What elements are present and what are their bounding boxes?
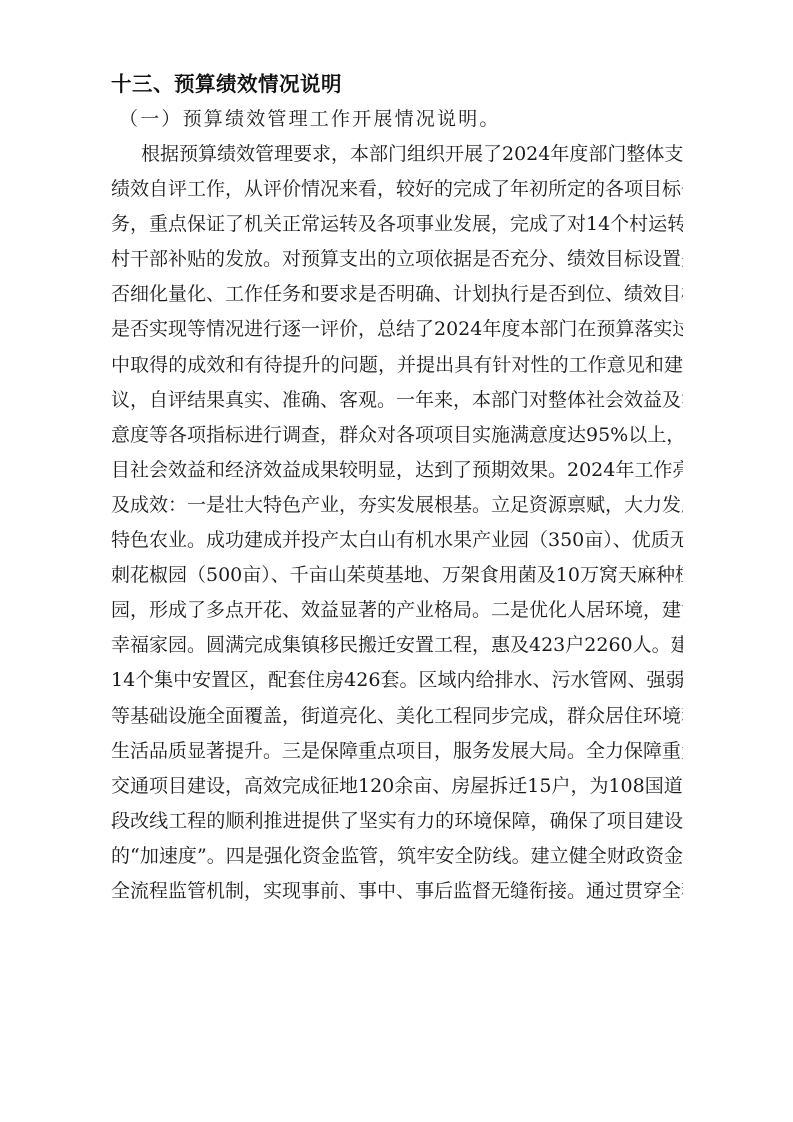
body-paragraph: 根据预算绩效管理要求，本部门组织开展了2024年度部门整体支出 绩效自评工作，从… bbox=[111, 137, 683, 909]
paragraph-line: 绩效自评工作，从评价情况来看，较好的完成了年初所定的各项目标任 bbox=[111, 172, 683, 207]
paragraph-line: 全流程监管机制，实现事前、事中、事后监督无缝衔接。通过贯穿全程 bbox=[111, 874, 683, 909]
paragraph-line: 交通项目建设，高效完成征地120余亩、房屋拆迁15户，为108国道金水 bbox=[111, 769, 683, 804]
paragraph-line: 目社会效益和经济效益成果较明显，达到了预期效果。2024年工作亮点 bbox=[111, 453, 683, 488]
section-heading: 十三、预算绩效情况说明 bbox=[111, 66, 683, 102]
paragraph-line: 是否实现等情况进行逐一评价，总结了2024年度本部门在预算落实过程 bbox=[111, 312, 683, 347]
paragraph-line: 段改线工程的顺利推进提供了坚实有力的环境保障，确保了项目建设 bbox=[111, 804, 683, 839]
paragraph-line: 中取得的成效和有待提升的问题，并提出具有针对性的工作意见和建 bbox=[111, 348, 683, 383]
paragraph-line: 等基础设施全面覆盖，街道亮化、美化工程同步完成，群众居住环境和 bbox=[111, 699, 683, 734]
paragraph-line: 14个集中安置区，配套住房426套。区域内给排水、污水管网、强弱电 bbox=[111, 663, 683, 698]
paragraph-line: 否细化量化、工作任务和要求是否明确、计划执行是否到位、绩效目标 bbox=[111, 277, 683, 312]
paragraph-line: 生活品质显著提升。三是保障重点项目，服务发展大局。全力保障重大 bbox=[111, 734, 683, 769]
document-page: 十三、预算绩效情况说明 （一）预算绩效管理工作开展情况说明。 根据预算绩效管理要… bbox=[0, 0, 793, 1122]
paragraph-line: 的“加速度”。四是强化资金监管，筑牢安全防线。建立健全财政资金 bbox=[111, 839, 683, 874]
document-body: 十三、预算绩效情况说明 （一）预算绩效管理工作开展情况说明。 根据预算绩效管理要… bbox=[111, 66, 683, 909]
paragraph-line: 幸福家园。圆满完成集镇移民搬迁安置工程，惠及423户2260人。建成 bbox=[111, 628, 683, 663]
paragraph-line: 村干部补贴的发放。对预算支出的立项依据是否充分、绩效目标设置是 bbox=[111, 242, 683, 277]
paragraph-line: 园，形成了多点开花、效益显著的产业格局。二是优化人居环境，建设 bbox=[111, 593, 683, 628]
subsection-heading: （一）预算绩效管理工作开展情况说明。 bbox=[111, 102, 683, 137]
paragraph-line: 特色农业。成功建成并投产太白山有机水果产业园（350亩）、优质无 bbox=[111, 523, 683, 558]
paragraph-line: 根据预算绩效管理要求，本部门组织开展了2024年度部门整体支出 bbox=[111, 137, 683, 172]
paragraph-line: 刺花椒园（500亩）、千亩山茱萸基地、万架食用菌及10万窝天麻种植 bbox=[111, 558, 683, 593]
paragraph-line: 意度等各项指标进行调查，群众对各项项目实施满意度达95%以上，项 bbox=[111, 418, 683, 453]
paragraph-line: 议，自评结果真实、准确、客观。一年来，本部门对整体社会效益及满 bbox=[111, 383, 683, 418]
paragraph-line: 及成效：一是壮大特色产业，夯实发展根基。立足资源禀赋，大力发展 bbox=[111, 488, 683, 523]
paragraph-line: 务，重点保证了机关正常运转及各项事业发展，完成了对14个村运转和 bbox=[111, 207, 683, 242]
